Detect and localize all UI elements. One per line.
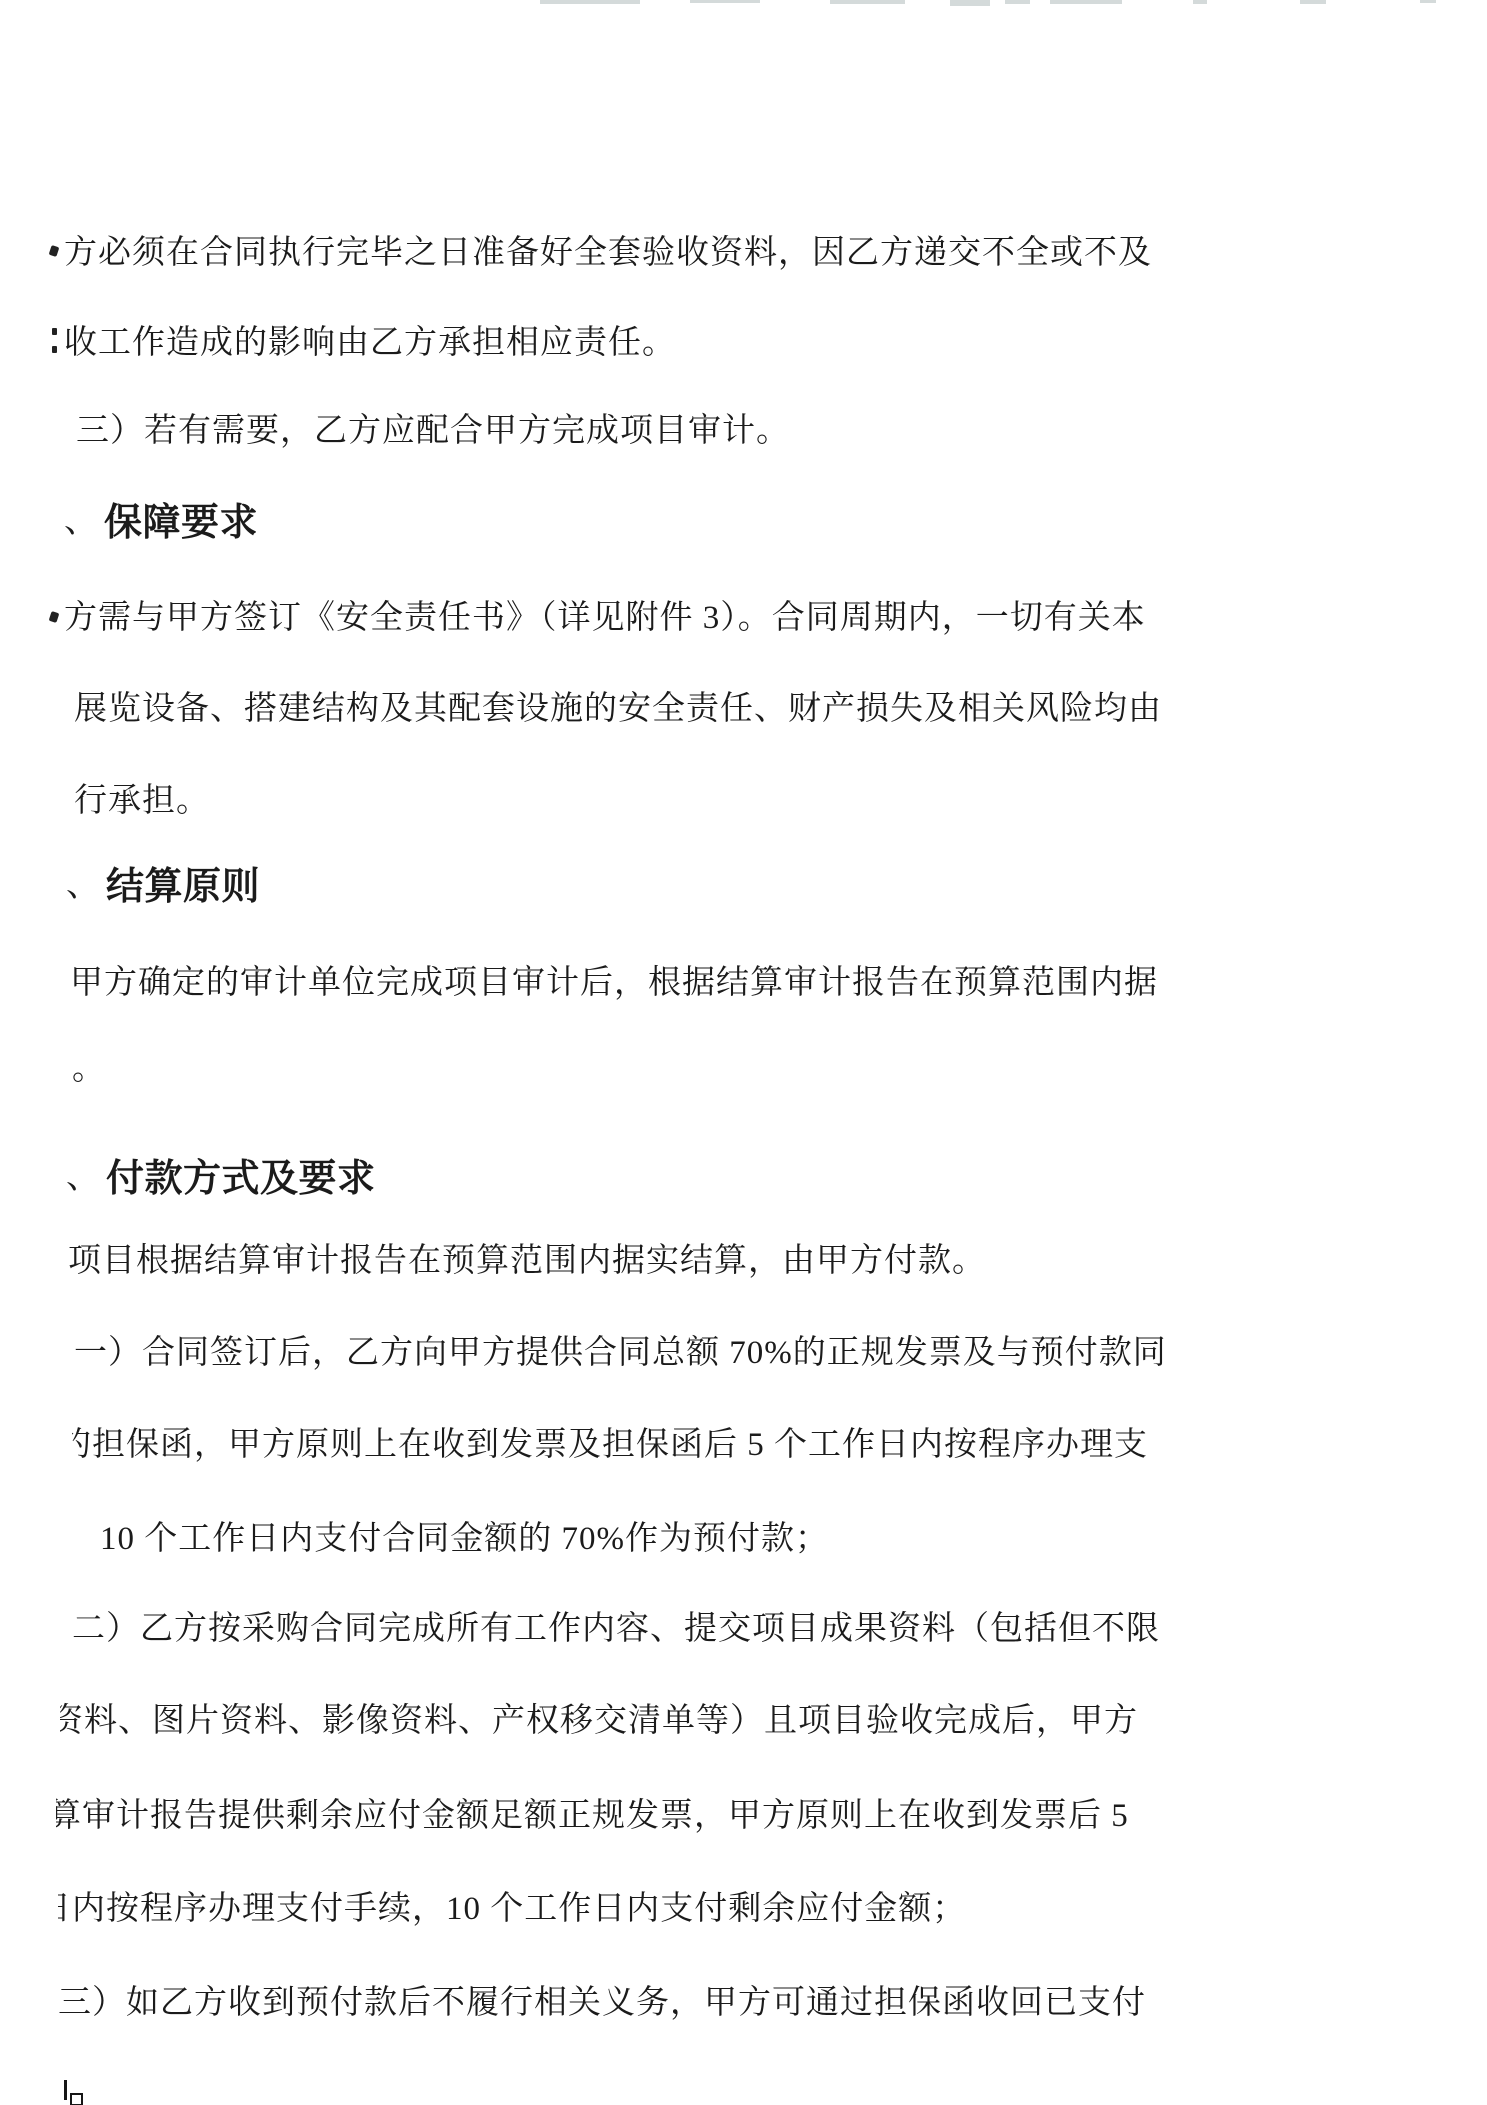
text-line: 一）合同签订后，乙方向甲方提供合同总额 70%的正规发票及与预付款同 xyxy=(74,1332,1167,1374)
cut-character-fragment xyxy=(70,2093,83,2105)
text-line: 展览设备、搭建结构及其配套设施的安全责任、财产损失及相关风险均由 xyxy=(74,688,1162,730)
heading-marker: 、 xyxy=(66,864,106,908)
scan-artifact xyxy=(690,0,760,3)
line-text: 方必须在合同执行完毕之日准备好全套验收资料，因乙方递交不全或不及 xyxy=(64,235,1152,271)
scan-artifact xyxy=(1193,0,1207,4)
text-line: 的担保函，甲方原则上在收到发票及担保函后 5 个工作日内按程序办理支 xyxy=(72,1424,1148,1466)
cut-character-fragment xyxy=(52,346,57,353)
line-text: 三）若有需要，乙方应配合甲方完成项目审计。 xyxy=(76,413,790,449)
line-text: 担保函，甲方原则上在收到发票及担保函后 5 个工作日内按程序办理支 xyxy=(92,1427,1148,1463)
line-text: 甲方确定的审计单位完成项目审计后，根据结算审计报告在预算范围内据 xyxy=(70,965,1158,1001)
scan-artifact xyxy=(1300,0,1326,4)
line-text: 收工作造成的影响由乙方承担相应责任。 xyxy=(64,325,676,361)
section-heading-settlement: 、结算原则 xyxy=(66,864,260,908)
cut-character: 的 xyxy=(72,1424,92,1466)
text-line: 方必须在合同执行完毕之日准备好全套验收资料，因乙方递交不全或不及 xyxy=(64,232,1152,274)
line-text: 审计报告提供剩余应付金额足额正规发票，甲方原则上在收到发票后 5 xyxy=(82,1798,1129,1834)
scan-artifact xyxy=(1005,0,1030,4)
cut-character-fragment xyxy=(49,611,60,623)
text-line: 资料、图片资料、影像资料、产权移交清单等）且项目验收完成后，甲方 xyxy=(60,1700,1138,1742)
heading-label: 结算原则 xyxy=(106,864,260,908)
line-text: 内按程序办理支付手续，10 个工作日内支付剩余应付金额； xyxy=(72,1891,966,1927)
line-text: 料、图片资料、影像资料、产权移交清单等）且项目验收完成后，甲方 xyxy=(84,1703,1138,1739)
cut-character: 日 xyxy=(58,1888,72,1930)
scanned-contract-page: 方必须在合同执行完毕之日准备好全套验收资料，因乙方递交不全或不及 收工作造成的影… xyxy=(0,0,1487,2105)
line-text: 展览设备、搭建结构及其配套设施的安全责任、财产损失及相关风险均由 xyxy=(74,691,1162,727)
text-line: 。 xyxy=(72,1048,106,1090)
line-text: 一）合同签订后，乙方向甲方提供合同总额 70%的正规发票及与预付款同 xyxy=(74,1335,1167,1371)
scan-artifact xyxy=(1050,0,1122,4)
heading-label: 付款方式及要求 xyxy=(106,1156,376,1200)
cut-character-fragment xyxy=(64,2080,67,2100)
line-text: 三）如乙方收到预付款后不履行相关义务，甲方可通过担保函收回已支付 xyxy=(58,1985,1146,2021)
text-line: 10 个工作日内支付合同金额的 70%作为预付款； xyxy=(100,1518,829,1560)
scan-artifact xyxy=(540,0,640,4)
scan-artifact xyxy=(830,0,905,4)
text-line: 项目根据结算审计报告在预算范围内据实结算，由甲方付款。 xyxy=(68,1240,986,1282)
text-line: 行承担。 xyxy=(74,780,210,822)
line-text: 10 个工作日内支付合同金额的 70%作为预付款； xyxy=(100,1521,829,1557)
line-text: 项目根据结算审计报告在预算范围内据实结算，由甲方付款。 xyxy=(68,1243,986,1279)
line-text: 方需与甲方签订《安全责任书》（详见附件 3）。合同周期内，一切有关本 xyxy=(64,600,1146,636)
section-heading-guarantee: 、保障要求 xyxy=(64,500,258,544)
text-line: 收工作造成的影响由乙方承担相应责任。 xyxy=(64,322,676,364)
heading-marker: 、 xyxy=(64,500,104,544)
heading-label: 保障要求 xyxy=(104,500,258,544)
section-heading-payment: 、付款方式及要求 xyxy=(66,1156,376,1200)
heading-marker: 、 xyxy=(66,1156,106,1200)
text-line: 算审计报告提供剩余应付金额足额正规发票，甲方原则上在收到发票后 5 xyxy=(56,1795,1129,1837)
text-line: 三）如乙方收到预付款后不履行相关义务，甲方可通过担保函收回已支付 xyxy=(58,1982,1146,2024)
cut-character-fragment xyxy=(49,245,60,257)
scan-artifact xyxy=(1420,0,1436,3)
cut-character: 资 xyxy=(60,1700,84,1742)
cut-character: 算 xyxy=(56,1795,82,1837)
cut-character-fragment xyxy=(52,328,57,335)
text-line: 甲方确定的审计单位完成项目审计后，根据结算审计报告在预算范围内据 xyxy=(70,962,1158,1004)
line-text: 行承担。 xyxy=(74,783,210,819)
scan-artifact xyxy=(950,0,990,6)
line-text: 二）乙方按采购合同完成所有工作内容、提交项目成果资料（包括但不限 xyxy=(72,1611,1160,1647)
text-line: 三）若有需要，乙方应配合甲方完成项目审计。 xyxy=(76,410,790,452)
text-line: 日内按程序办理支付手续，10 个工作日内支付剩余应付金额； xyxy=(58,1888,966,1930)
text-line: 二）乙方按采购合同完成所有工作内容、提交项目成果资料（包括但不限 xyxy=(72,1608,1160,1650)
line-text: 。 xyxy=(72,1051,106,1087)
text-line: 方需与甲方签订《安全责任书》（详见附件 3）。合同周期内，一切有关本 xyxy=(64,597,1146,639)
